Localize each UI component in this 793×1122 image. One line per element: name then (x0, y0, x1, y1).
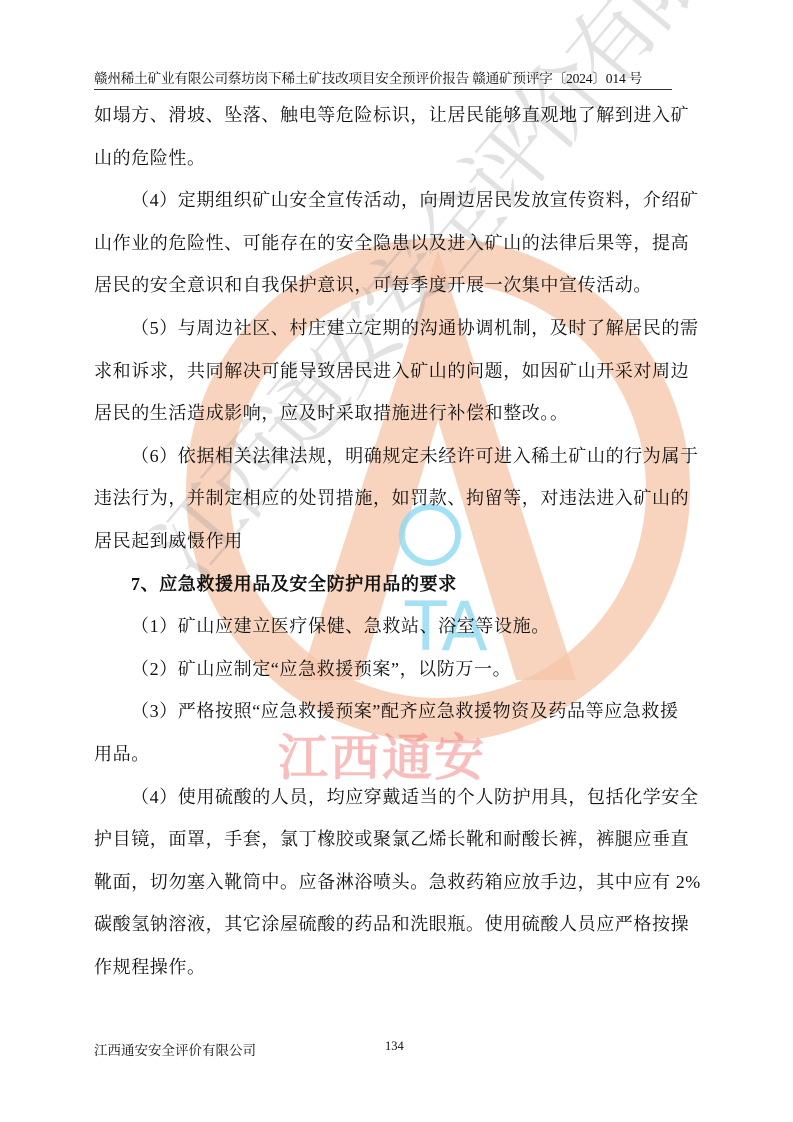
paragraph-line: 山作业的危险性、可能存在的安全隐患以及进入矿山的法律后果等，提高 (94, 226, 702, 269)
list-item-4: （4）定期组织矿山安全宣传活动，向周边居民发放宣传资料，介绍矿 (94, 183, 702, 226)
list-item-6: （6）依据相关法律法规，明确规定未经许可进入稀土矿山的行为属于 (94, 439, 702, 482)
page-header: 赣州稀土矿业有限公司蔡坊岗下稀土矿技改项目安全预评价报告 赣通矿预评字〔2024… (94, 70, 672, 90)
list-item-2: （2）矿山应制定“应急救援预案”，以防万一。 (94, 652, 702, 695)
list-item-5: （5）与周边社区、村庄建立定期的沟通协调机制，及时了解居民的需 (94, 311, 702, 354)
paragraph-line: 如塌方、滑坡、坠落、触电等危险标识，让居民能够直观地了解到进入矿 (94, 98, 702, 141)
page-number: 134 (385, 1039, 404, 1054)
paragraph-line: 山的危险性。 (94, 141, 702, 184)
paragraph-line: 居民的生活造成影响，应及时采取措施进行补偿和整改。。 (94, 396, 702, 439)
paragraph-line: 靴面，切勿塞入靴筒中。应备淋浴喷头。急救药箱应放手边，其中应有 2% (94, 865, 702, 908)
paragraph-line: 护目镜，面罩，手套，氯丁橡胶或聚氯乙烯长靴和耐酸长裤，裤腿应垂直 (94, 822, 702, 865)
paragraph-line: 作规程操作。 (94, 950, 702, 993)
document-body: 如塌方、滑坡、坠落、触电等危险标识，让居民能够直观地了解到进入矿 山的危险性。 … (94, 98, 702, 992)
paragraph-line: 居民起到威慑作用 (94, 524, 702, 567)
footer-company-name: 江西通安安全评价有限公司 (94, 1039, 256, 1059)
paragraph-line: 居民的安全意识和自我保护意识，可每季度开展一次集中宣传活动。 (94, 268, 702, 311)
list-item-1: （1）矿山应建立医疗保健、急救站、浴室等设施。 (94, 609, 702, 652)
document-page: TA 江西通安安全评价有限公司 江西通安 赣州稀土矿业有限公司蔡坊岗下稀土矿技改… (0, 0, 793, 1122)
paragraph-line: 违法行为，并制定相应的处罚措施，如罚款、拘留等，对违法进入矿山的 (94, 481, 702, 524)
list-item-4b: （4）使用硫酸的人员，均应穿戴适当的个人防护用具，包括化学安全 (94, 780, 702, 823)
paragraph-line: 用品。 (94, 737, 702, 780)
list-item-3: （3）严格按照“应急救援预案”配齐应急救援物资及药品等应急救援 (94, 694, 702, 737)
paragraph-line: 求和诉求，共同解决可能导致居民进入矿山的问题，如因矿山开采对周边 (94, 354, 702, 397)
section-heading: 7、应急救援用品及安全防护用品的要求 (94, 567, 702, 610)
paragraph-line: 碳酸氢钠溶液，其它涂屋硫酸的药品和洗眼瓶。使用硫酸人员应严格按操 (94, 907, 702, 950)
